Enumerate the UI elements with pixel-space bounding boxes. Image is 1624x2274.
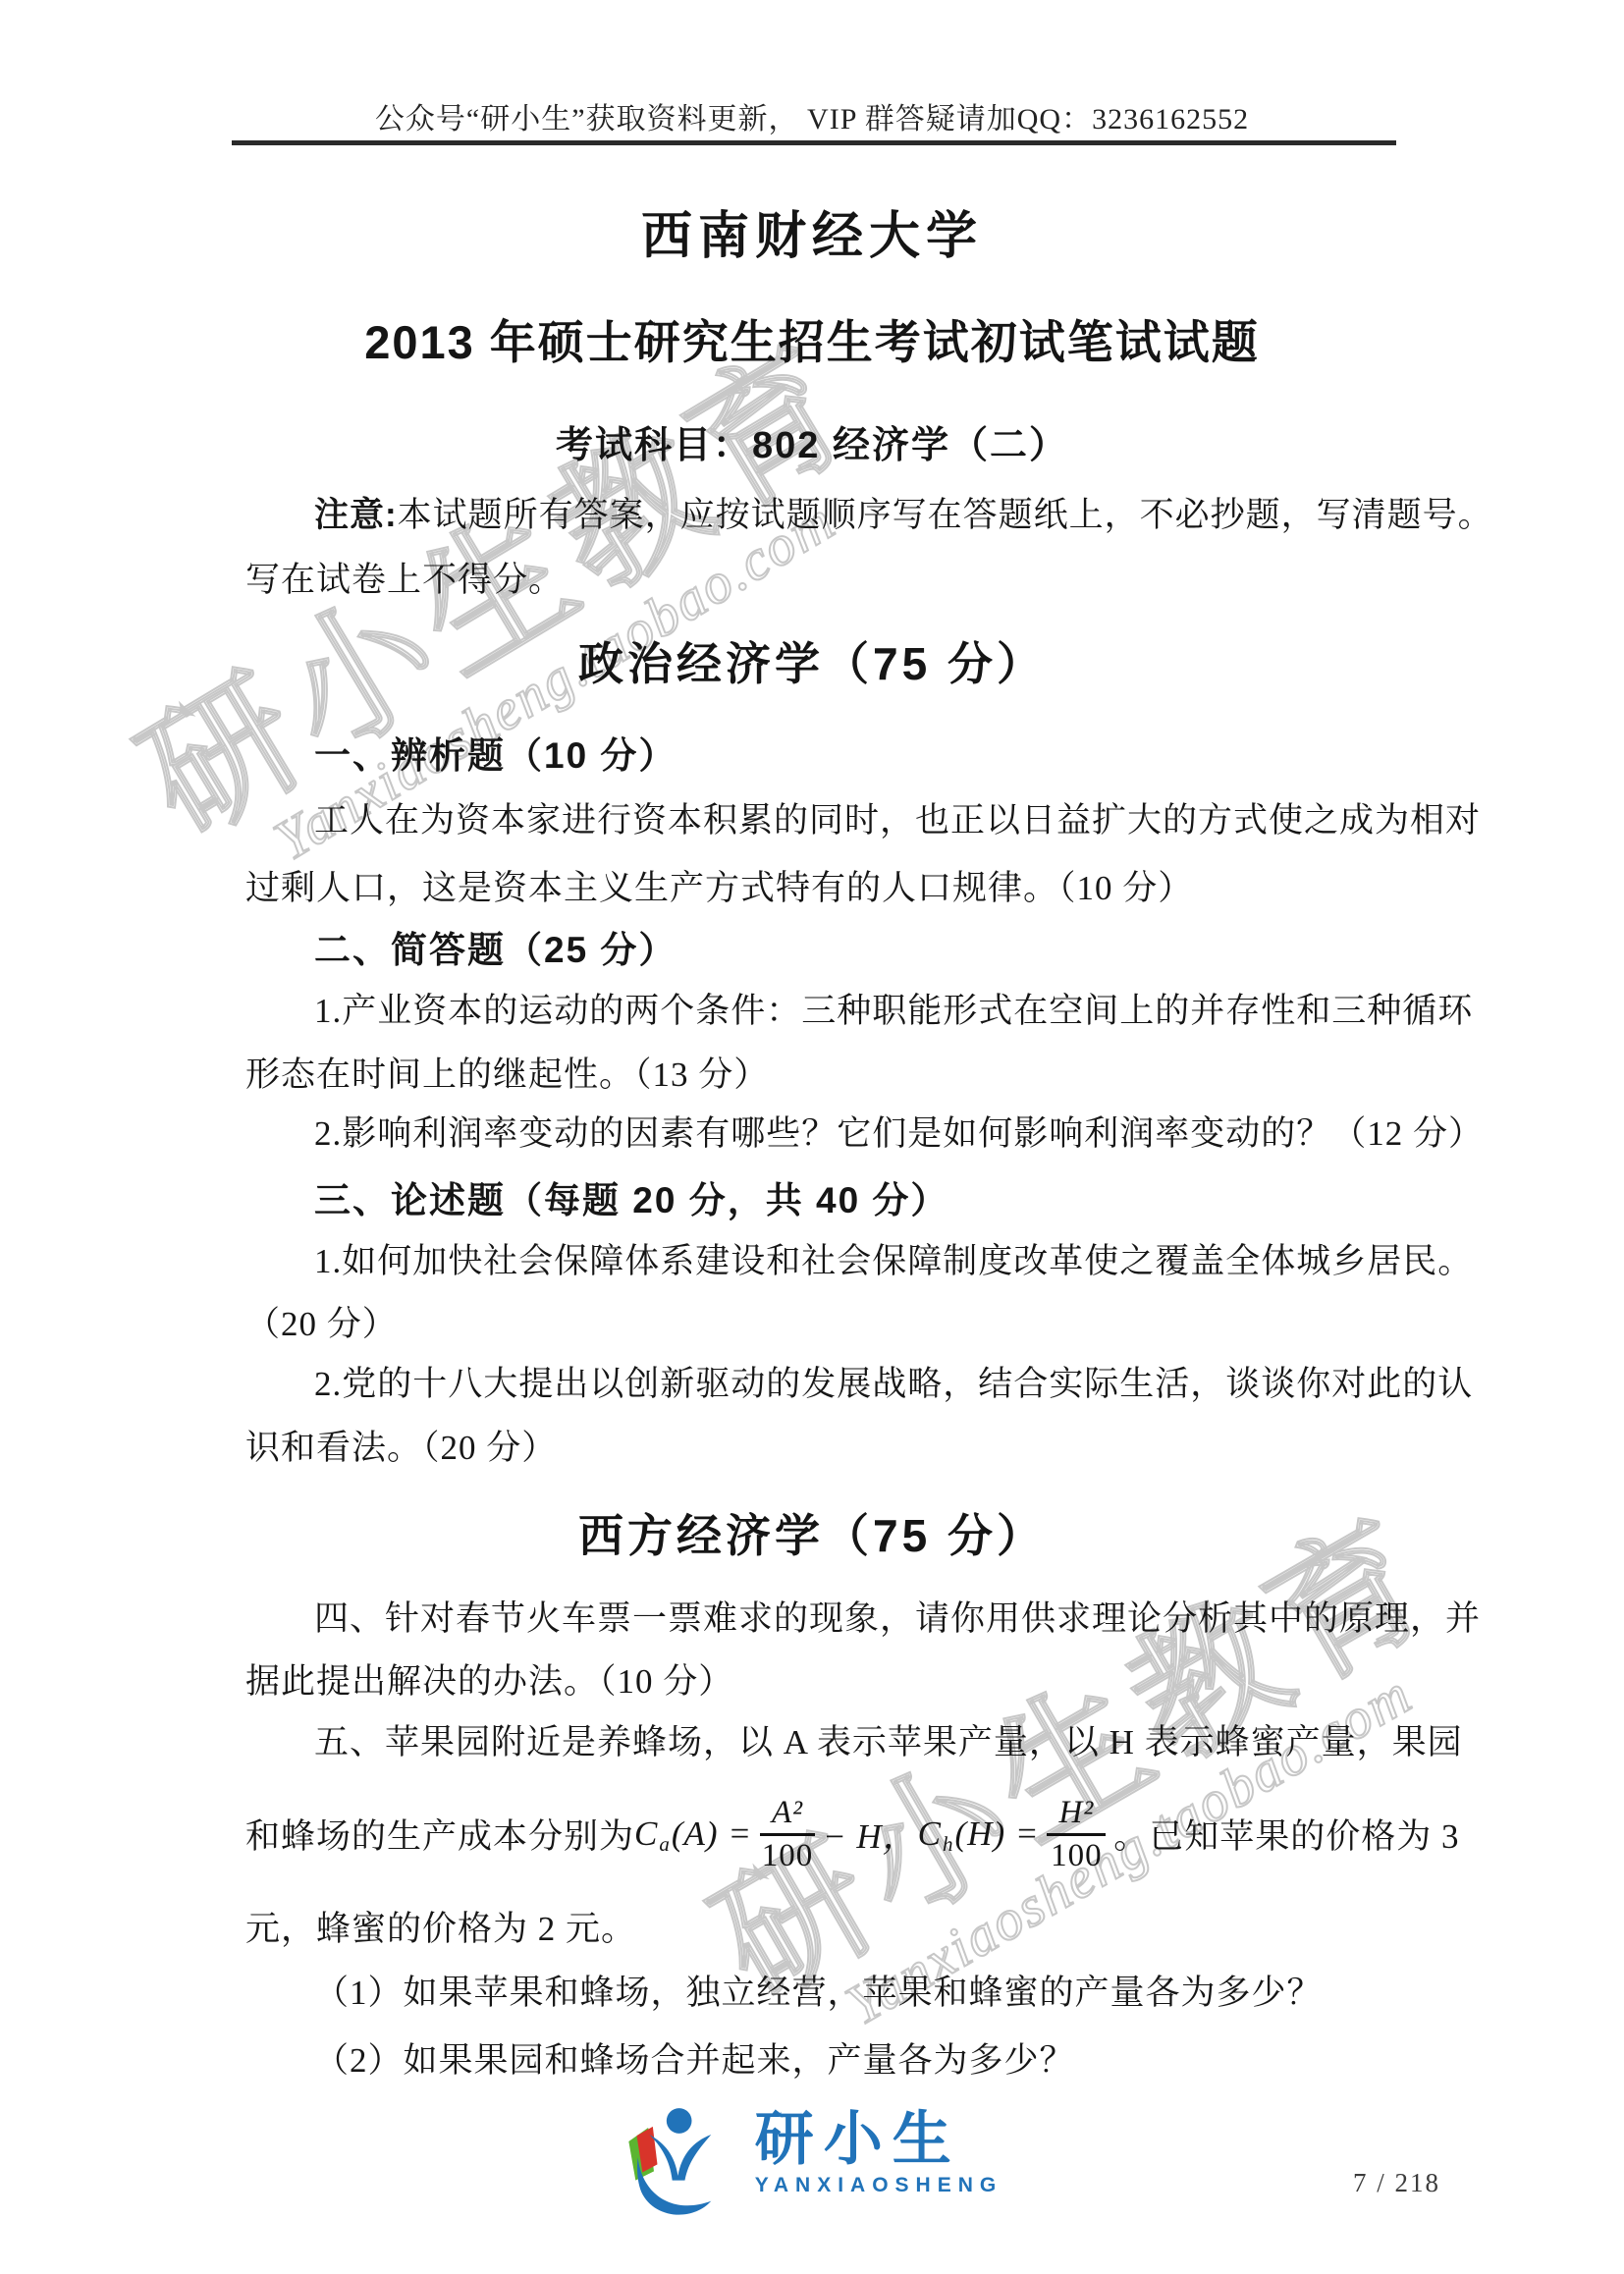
question-1-line-2: 过剩人口，这是资本主义生产方式特有的人口规律。（10 分） (245, 861, 1193, 910)
question-1-line-1: 工人在为资本家进行资本积累的同时，也正以日益扩大的方式使之成为相对 (314, 793, 1481, 842)
cost-function-2-argument: (H) = (955, 1814, 1040, 1854)
question-1-heading: 一、辨析题（10 分） (314, 726, 677, 779)
formula-suffix: 。已知苹果的价格为 3 (1113, 1810, 1459, 1859)
logo-english-name: YANXIAOSHENG (755, 2174, 1002, 2197)
question-3-item-1-line-1: 1.如何加快社会保障体系建设和社会保障制度改革使之覆盖全体城乡居民。 (314, 1234, 1473, 1283)
notice-line-1: 注意:本试题所有答案，应按试题顺序写在答题纸上，不必抄题，写清题号。 (314, 488, 1493, 537)
question-5-cost-formula-line: 和蜂场的生产成本分别为 Ca(A) = A² 100 − H， Ch(H) = … (245, 1775, 1414, 1893)
fraction-denominator: 100 (762, 1836, 814, 1873)
cost-function-2-subscript: h (943, 1832, 954, 1857)
cost-function-1-argument: (A) = (672, 1814, 752, 1854)
notice-label: 注意: (314, 496, 398, 534)
question-3-item-2-line-2: 识和看法。（20 分） (245, 1421, 557, 1470)
question-5-subquestion-2: （2）如果果园和蜂场合并起来，产量各为多少？ (314, 2033, 1075, 2083)
cost-function-1-symbol: C (634, 1814, 658, 1854)
logo-chinese-name: 研小生 (755, 2107, 961, 2172)
question-3-heading: 三、论述题（每题 20 分，共 40 分） (314, 1170, 948, 1223)
section-title-western-economics: 西方经济学（75 分） (0, 1500, 1624, 1565)
exam-title: 2013 年硕士研究生招生考试初试笔试试题 (0, 306, 1624, 372)
question-4-line-1: 四、针对春节火车票一票难求的现象，请你用供求理论分析其中的原理，并 (314, 1592, 1481, 1641)
question-5-line-3: 元，蜂蜜的价格为 2 元。 (245, 1902, 636, 1951)
page-number: 7 / 218 (1353, 2168, 1440, 2198)
document-page: 研小生教育 Yanxiaosheng.taobao.com 研小生教育 Yanx… (0, 0, 1624, 2274)
fraction-a-squared-over-100: A² 100 (760, 1796, 815, 1872)
header-divider-line (232, 140, 1396, 145)
question-5-subquestion-1: （1）如果苹果和蜂场，独立经营，苹果和蜂蜜的产量各为多少？ (314, 1966, 1323, 2015)
section-title-political-economy: 政治经济学（75 分） (0, 628, 1624, 693)
fraction-numerator: A² (760, 1796, 815, 1836)
notice-line-2: 写在试卷上不得分。 (245, 553, 564, 602)
question-2-heading: 二、简答题（25 分） (314, 920, 677, 973)
cost-function-1-subscript: a (659, 1832, 671, 1857)
question-2-item-2: 2.影响利润率变动的因素有哪些？它们是如何影响利润率变动的？（12 分） (314, 1107, 1484, 1156)
formula-minus-h-term: − H， (823, 1810, 918, 1859)
fraction-denominator: 100 (1051, 1836, 1103, 1873)
footer-logo-text: 研小生 YANXIAOSHENG (755, 2107, 1002, 2197)
footer-logo: 研小生 YANXIAOSHENG (0, 2107, 1624, 2222)
question-4-line-2: 据此提出解决的办法。（10 分） (245, 1654, 733, 1704)
header-promo-text: 公众号“研小生”获取资料更新， VIP 群答疑请加QQ：3236162552 (0, 94, 1624, 137)
university-title: 西南财经大学 (0, 194, 1624, 268)
question-3-item-1-line-2: （20 分） (245, 1297, 398, 1346)
question-3-item-2-line-1: 2.党的十八大提出以创新驱动的发展战略，结合实际生活，谈谈你对此的认 (314, 1357, 1473, 1406)
question-2-item-1-line-2: 形态在时间上的继起性。（13 分） (245, 1048, 769, 1097)
yanxiaosheng-logo-icon (622, 2107, 741, 2222)
fraction-numerator: H² (1047, 1796, 1106, 1836)
cost-function-2-symbol: C (918, 1814, 942, 1854)
fraction-h-squared-over-100: H² 100 (1047, 1796, 1106, 1872)
formula-prefix: 和蜂场的生产成本分别为 (245, 1810, 634, 1859)
question-2-item-1-line-1: 1.产业资本的运动的两个条件：三种职能形式在空间上的并存性和三种循环 (314, 984, 1473, 1033)
question-5-line-1: 五、苹果园附近是养蜂场，以 A 表示苹果产量，以 H 表示蜂蜜产量，果园 (314, 1715, 1463, 1764)
subject-line: 考试科目：802 经济学（二） (0, 414, 1624, 468)
notice-text: 本试题所有答案，应按试题顺序写在答题纸上，不必抄题，写清题号。 (398, 496, 1493, 534)
